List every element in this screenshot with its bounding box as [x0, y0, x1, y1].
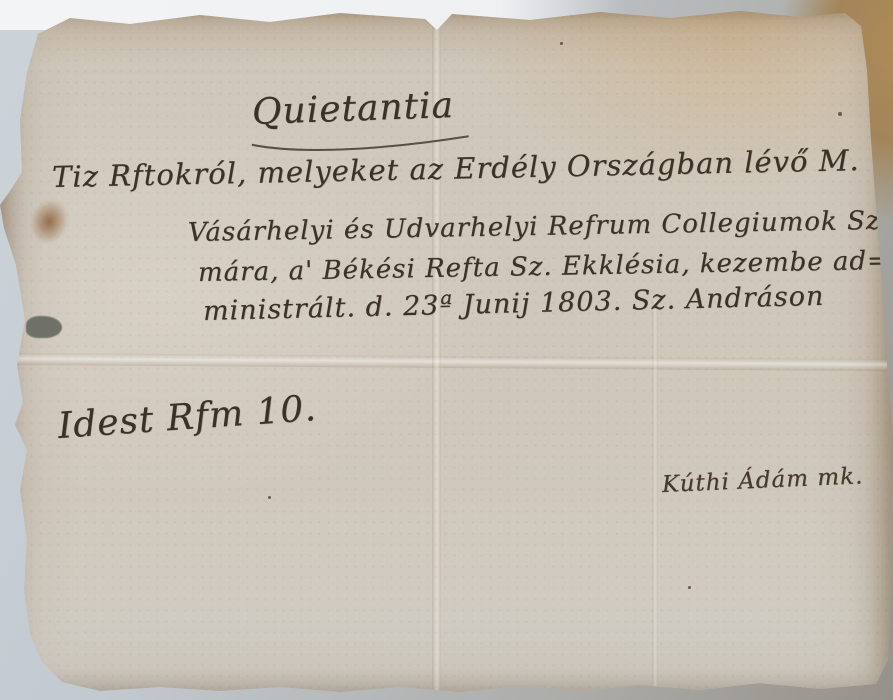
torn-edge-stain [20, 190, 86, 263]
ink-speck [560, 42, 563, 45]
photo-of-manuscript: Quietantia Tiz Rftokról, melyeket az Erd… [0, 0, 893, 700]
grey-blot [26, 316, 62, 338]
manuscript-line-4: ministrált. d. 23ª Junij 1803. Sz. Andrá… [203, 281, 825, 327]
document-title: Quietantia [251, 85, 454, 133]
vertical-fold-crease-right [652, 300, 658, 700]
ink-speck [268, 496, 271, 499]
manuscript-line-2: Vásárhelyi és Udvarhelyi Refrum Collegiu… [188, 205, 893, 248]
ink-speck [688, 586, 691, 589]
horizontal-fold-crease [0, 353, 893, 371]
signature: Kúthi Ádám mk. [661, 463, 863, 498]
manuscript-line-1: Tiz Rftokról, melyeket az Erdély Országb… [52, 143, 860, 194]
amount-line: Idest Rfm 10. [57, 388, 318, 447]
manuscript-paper-sheet: Quietantia Tiz Rftokról, melyeket az Erd… [0, 0, 893, 700]
ink-speck [838, 112, 842, 116]
